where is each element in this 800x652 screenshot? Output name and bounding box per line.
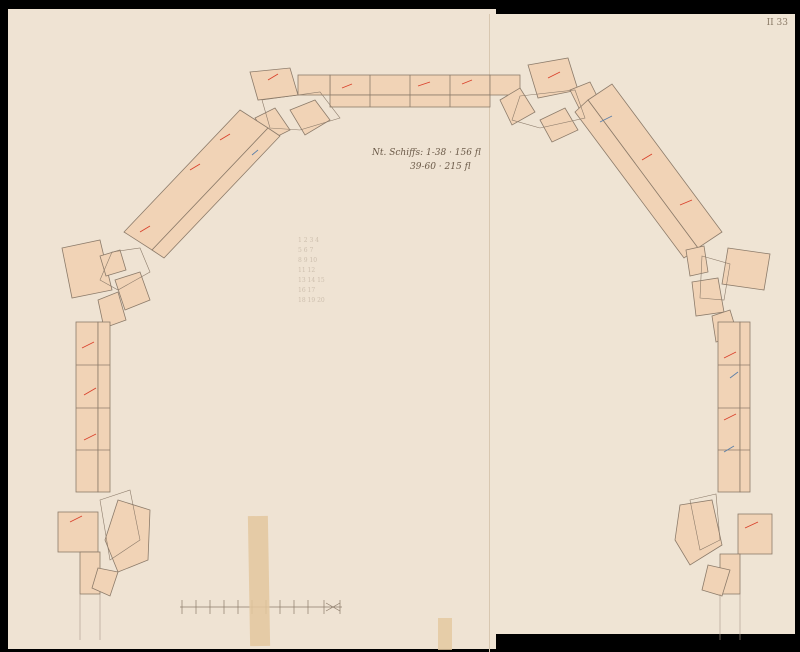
red-ink-marks [70,72,758,528]
bottom-right-pavilion [738,514,772,554]
right-vertical-wing [718,322,740,492]
top-right-pavilion [528,58,578,98]
left-vertical-wing [76,322,98,492]
right-diagonal-wing [588,84,722,248]
adhesive-tape-fragment [438,618,452,650]
faint-pencil-notes: 1 2 3 4 5 6 7 8 9 10 11 12 13 14 15 16 1… [298,236,325,306]
catalog-mark: II 33 [767,18,788,28]
floor-plan-drawing [0,0,800,652]
area-note-line1: Nt. Schiffs: 1-38 · 156 fl [372,148,481,158]
adhesive-tape-strip [248,516,270,646]
top-left-pavilion [250,68,298,100]
area-note-line2: 39-60 · 215 fl [410,162,471,172]
